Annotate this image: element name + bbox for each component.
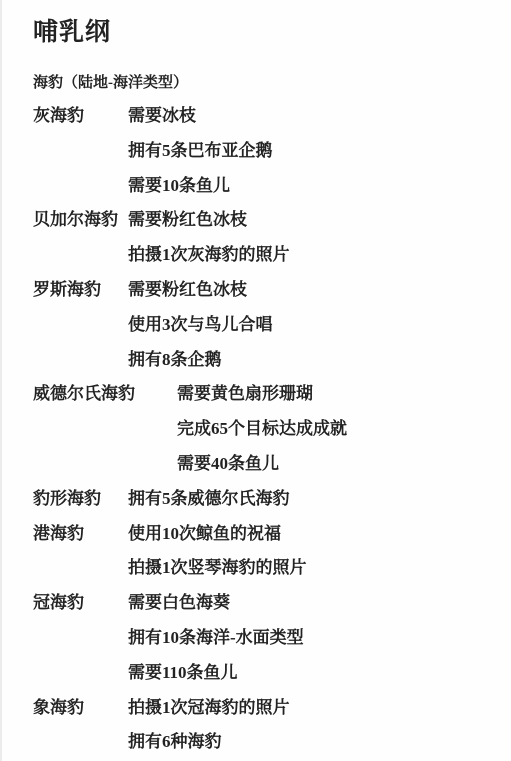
requirement-list: 需要粉红色冰枝使用3次与鸟儿合唱拥有8条企鹅	[128, 273, 511, 377]
requirement-list: 需要白色海葵拥有10条海洋-水面类型需要110条鱼儿	[128, 586, 511, 690]
requirement-list: 需要黄色扇形珊瑚完成65个目标达成成就需要40条鱼儿	[177, 377, 511, 481]
requirement-line: 需要黄色扇形珊瑚	[177, 377, 511, 412]
requirement-line: 拥有8条企鹅	[128, 343, 511, 378]
requirement-line: 需要110条鱼儿	[128, 656, 511, 691]
seal-name: 威德尔氏海豹	[33, 377, 177, 412]
seal-group: 威德尔氏海豹需要黄色扇形珊瑚完成65个目标达成成就需要40条鱼儿	[33, 377, 511, 481]
requirement-line: 拥有10条海洋-水面类型	[128, 621, 511, 656]
requirement-line: 拥有5条巴布亚企鹅	[128, 134, 511, 169]
requirement-line: 需要40条鱼儿	[177, 447, 511, 482]
seal-group: 灰海豹需要冰枝拥有5条巴布亚企鹅需要10条鱼儿	[33, 99, 511, 203]
seal-group: 贝加尔海豹需要粉红色冰枝拍摄1次灰海豹的照片	[33, 203, 511, 273]
requirement-line: 需要10条鱼儿	[128, 169, 511, 204]
page-title: 哺乳纲	[33, 0, 511, 49]
seal-name: 豹形海豹	[33, 482, 128, 517]
requirement-list: 需要冰枝拥有5条巴布亚企鹅需要10条鱼儿	[128, 99, 511, 203]
requirement-line: 需要白色海葵	[128, 586, 511, 621]
seal-name: 罗斯海豹	[33, 273, 128, 308]
page-left-edge	[0, 0, 2, 761]
seal-groups-list: 灰海豹需要冰枝拥有5条巴布亚企鹅需要10条鱼儿贝加尔海豹需要粉红色冰枝拍摄1次灰…	[33, 91, 511, 760]
requirement-list: 拥有5条威德尔氏海豹	[128, 482, 511, 517]
seal-group: 罗斯海豹需要粉红色冰枝使用3次与鸟儿合唱拥有8条企鹅	[33, 273, 511, 377]
seal-group: 冠海豹需要白色海葵拥有10条海洋-水面类型需要110条鱼儿	[33, 586, 511, 690]
requirement-line: 拍摄1次竖琴海豹的照片	[128, 551, 511, 586]
requirement-line: 完成65个目标达成成就	[177, 412, 511, 447]
requirement-list: 拍摄1次冠海豹的照片拥有6种海豹	[128, 691, 511, 761]
requirement-line: 拥有5条威德尔氏海豹	[128, 482, 511, 517]
seal-name: 冠海豹	[33, 586, 128, 621]
requirement-line: 拍摄1次冠海豹的照片	[128, 691, 511, 726]
seal-group: 象海豹拍摄1次冠海豹的照片拥有6种海豹	[33, 691, 511, 761]
requirement-line: 拥有6种海豹	[128, 725, 511, 760]
seal-group: 豹形海豹拥有5条威德尔氏海豹	[33, 482, 511, 517]
seal-name: 象海豹	[33, 691, 128, 726]
requirement-line: 使用10次鲸鱼的祝福	[128, 517, 511, 552]
requirement-list: 需要粉红色冰枝拍摄1次灰海豹的照片	[128, 203, 511, 273]
requirement-line: 使用3次与鸟儿合唱	[128, 308, 511, 343]
seal-group: 港海豹使用10次鲸鱼的祝福拍摄1次竖琴海豹的照片	[33, 517, 511, 587]
seal-name: 港海豹	[33, 517, 128, 552]
requirement-line: 需要粉红色冰枝	[128, 203, 511, 238]
section-subtitle: 海豹（陆地-海洋类型）	[33, 49, 511, 91]
document-page: 哺乳纲 海豹（陆地-海洋类型） 灰海豹需要冰枝拥有5条巴布亚企鹅需要10条鱼儿贝…	[0, 0, 511, 761]
seal-name: 贝加尔海豹	[33, 203, 128, 238]
requirement-line: 需要冰枝	[128, 99, 511, 134]
requirement-list: 使用10次鲸鱼的祝福拍摄1次竖琴海豹的照片	[128, 517, 511, 587]
requirement-line: 需要粉红色冰枝	[128, 273, 511, 308]
requirement-line: 拍摄1次灰海豹的照片	[128, 238, 511, 273]
seal-name: 灰海豹	[33, 99, 128, 134]
